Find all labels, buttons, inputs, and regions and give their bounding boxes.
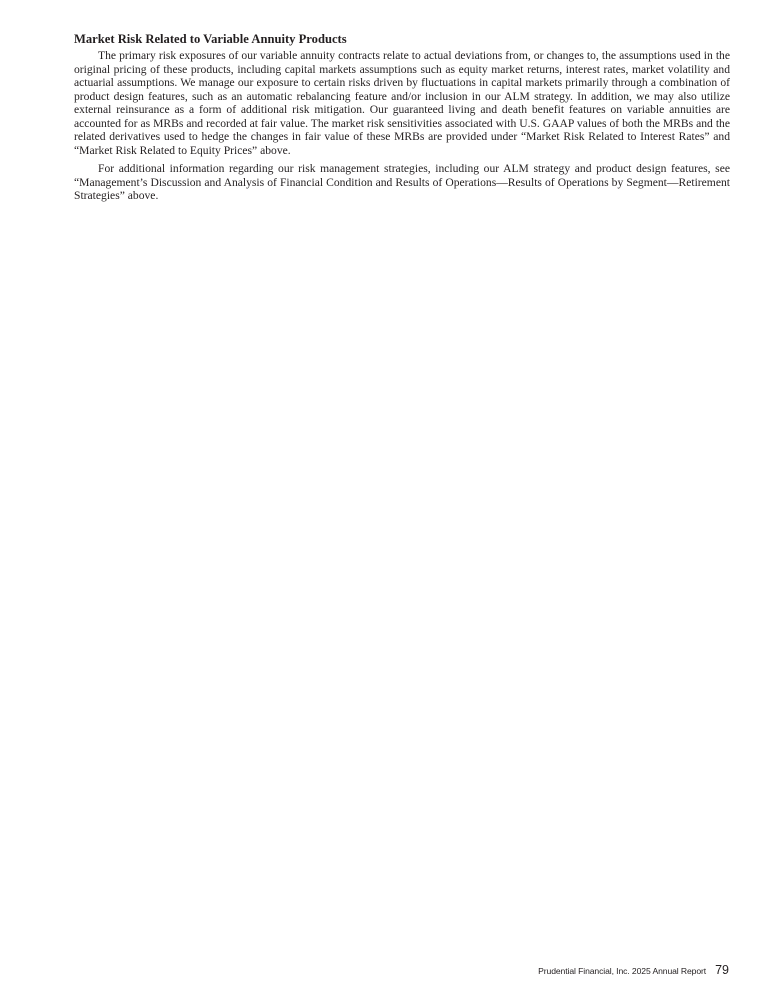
document-page: Market Risk Related to Variable Annuity … — [74, 32, 730, 208]
body-paragraph: For additional information regarding our… — [74, 162, 730, 203]
section-heading: Market Risk Related to Variable Annuity … — [74, 32, 730, 47]
footer-report-title: Prudential Financial, Inc. 2025 Annual R… — [538, 966, 706, 976]
body-paragraph: The primary risk exposures of our variab… — [74, 49, 730, 157]
page-number: 79 — [715, 963, 729, 977]
page-footer: Prudential Financial, Inc. 2025 Annual R… — [538, 963, 729, 977]
